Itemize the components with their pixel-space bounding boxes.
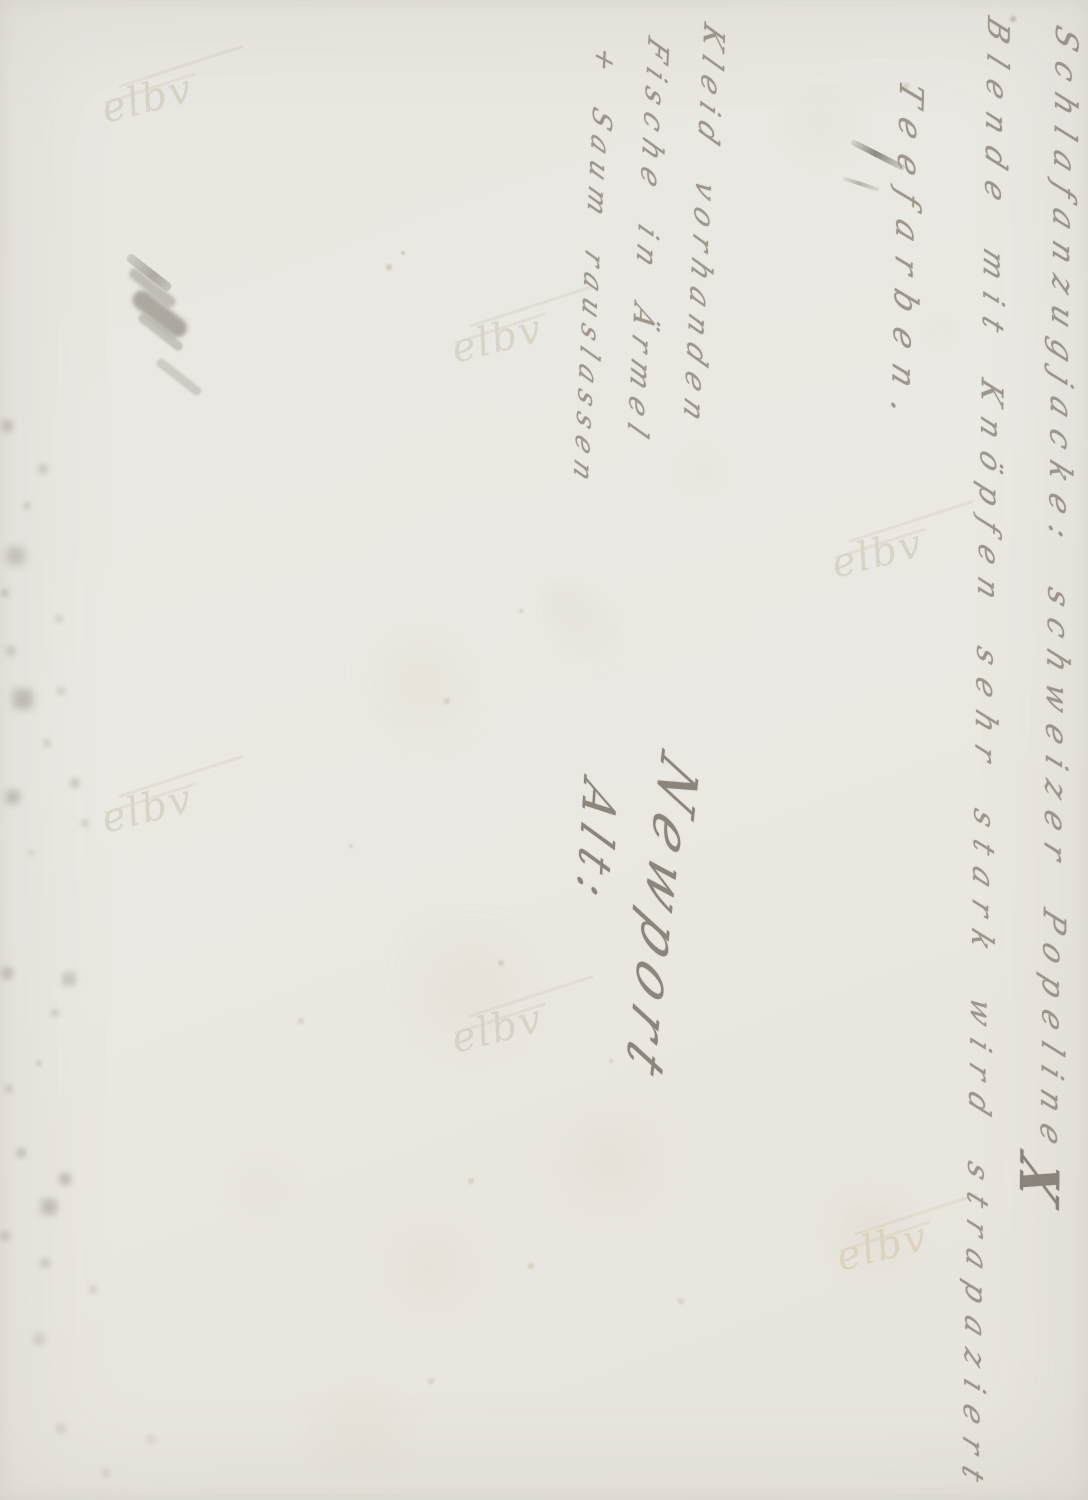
watermark-text: elbv xyxy=(827,520,928,587)
watermark-line xyxy=(104,782,195,814)
watermark-line xyxy=(469,975,594,1018)
stray-pencil-stroke xyxy=(842,176,879,192)
watermark-line xyxy=(839,1220,930,1252)
archive-watermark: elbv xyxy=(89,40,271,149)
note-line-schlafanzugjacke: Schlafanzugjacke: schweizer PopelineX xyxy=(1008,10,1086,1214)
watermark-line xyxy=(119,755,244,798)
watermark-line xyxy=(454,312,545,344)
watermark-line xyxy=(119,45,244,88)
watermark-line xyxy=(104,72,195,104)
watermark-text: elbv xyxy=(832,1213,933,1280)
note-label-alt: Alt: xyxy=(566,771,625,919)
note-line-kleid-vorhanden: Kleid vorhanden xyxy=(676,17,730,437)
watermark-text: elbv xyxy=(447,305,548,372)
watermark-line xyxy=(454,1002,545,1034)
archive-watermark: elbv xyxy=(439,970,621,1079)
scanned-note-page: elbv elbv elbv elbv elbv elbv Schlafanzu… xyxy=(0,0,1088,1500)
archive-watermark: elbv xyxy=(89,750,271,859)
watermark-text: elbv xyxy=(447,995,548,1062)
pencil-smudge xyxy=(125,252,173,292)
watermark-line xyxy=(834,527,925,559)
note-line-saum-rauslassen: + Saum rauslassen xyxy=(567,41,620,496)
note-word-newport: Newport xyxy=(613,740,708,1102)
watermark-line xyxy=(849,500,974,543)
note-line-fische-in-aermel: Fische in Ärmel xyxy=(620,31,674,453)
note-line-teefarben: Teefarben. xyxy=(883,75,930,438)
mold-spots-left-edge xyxy=(0,0,2,2)
watermark-text: elbv xyxy=(97,775,198,842)
note-line-blende: Blende mit Knöpfen sehr stark wird strap… xyxy=(954,11,1014,1500)
note-line-text: Schlafanzugjacke: schweizer Popeline xyxy=(1032,20,1084,1165)
watermark-text: elbv xyxy=(97,65,198,132)
